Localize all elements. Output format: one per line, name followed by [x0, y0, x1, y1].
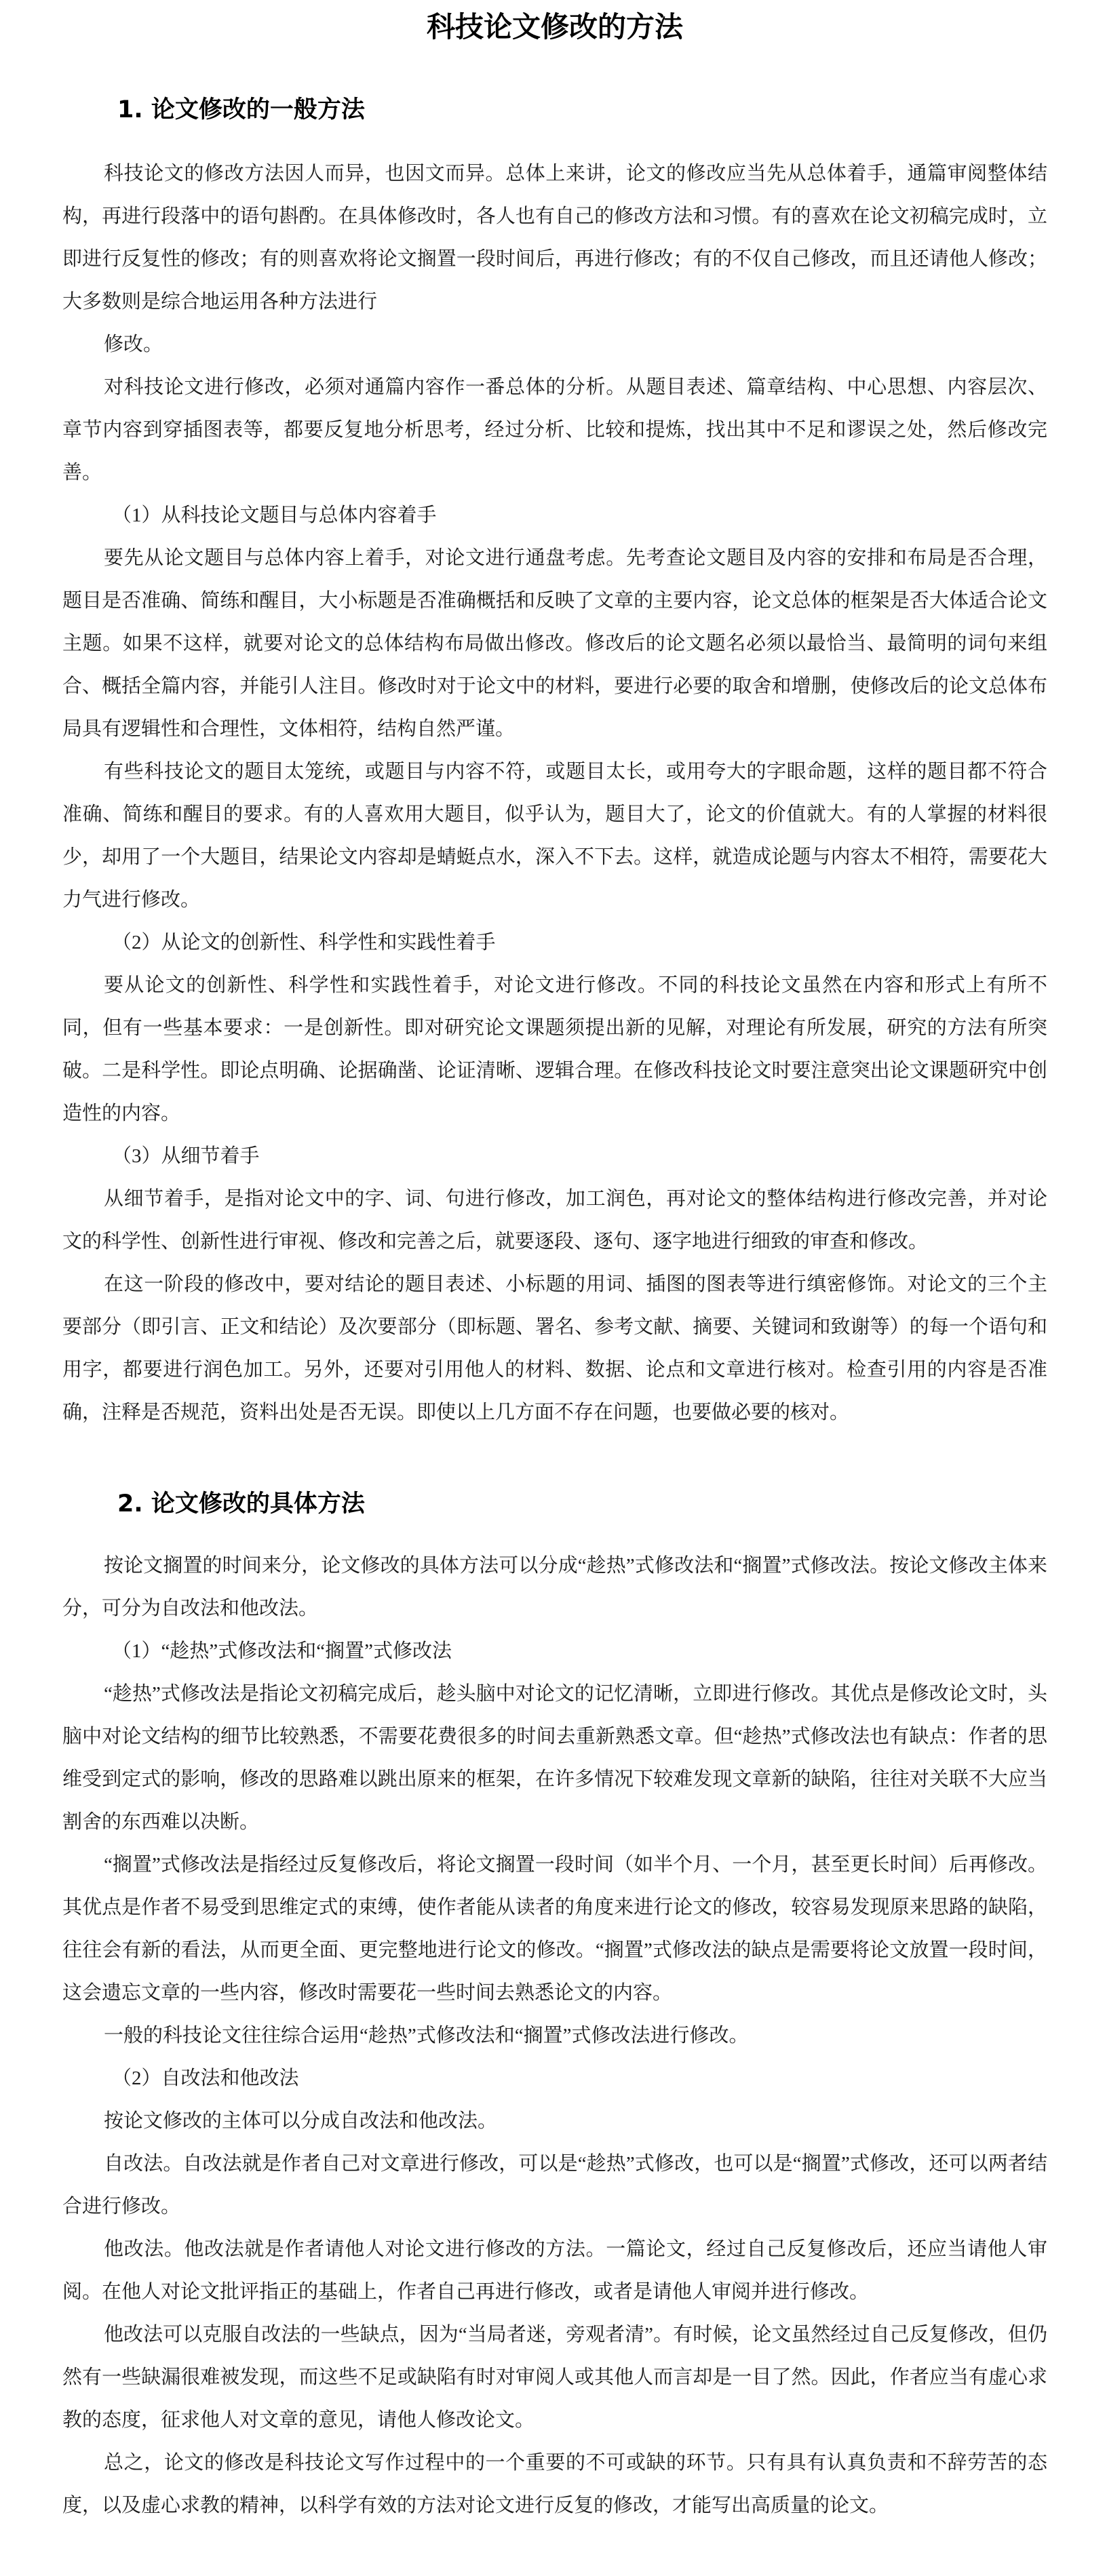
subheading: （3）从细节着手 — [62, 1135, 1047, 1178]
paragraph: 一般的科技论文往往综合运用“趁热”式修改法和“搁置”式修改法进行修改。 — [62, 2015, 1047, 2057]
paragraph: 他改法可以克服自改法的一些缺点，因为“当局者迷，旁观者清”。有时候，论文虽然经过… — [62, 2314, 1047, 2442]
section-general-methods: 1. 论文修改的一般方法 科技论文的修改方法因人而异，也因文而异。总体上来讲，论… — [62, 93, 1047, 1434]
paragraph: 要先从论文题目与总体内容上着手，对论文进行通盘考虑。先考查论文题目及内容的安排和… — [62, 537, 1047, 751]
paragraph: “趁热”式修改法是指论文初稿完成后，趁头脑中对论文的记忆清晰，立即进行修改。其优… — [62, 1673, 1047, 1844]
paragraph: 自改法。自改法就是作者自己对文章进行修改，可以是“趁热”式修改，也可以是“搁置”… — [62, 2143, 1047, 2228]
section-heading: 1. 论文修改的一般方法 — [62, 93, 1047, 127]
subheading: （1）从科技论文题目与总体内容着手 — [62, 494, 1047, 537]
paragraph: 他改法。他改法就是作者请他人对论文进行修改的方法。一篇论文，经过自己反复修改后，… — [62, 2228, 1047, 2314]
paragraph: 修改。 — [62, 323, 1047, 366]
paragraph: 科技论文的修改方法因人而异，也因文而异。总体上来讲，论文的修改应当先从总体着手，… — [62, 153, 1047, 323]
subheading: （2）自改法和他改法 — [62, 2057, 1047, 2100]
paragraph: 按论文搁置的时间来分，论文修改的具体方法可以分成“趁热”式修改法和“搁置”式修改… — [62, 1545, 1047, 1630]
section-specific-methods: 2. 论文修改的具体方法 按论文搁置的时间来分，论文修改的具体方法可以分成“趁热… — [62, 1487, 1047, 2527]
subheading: （2）从论文的创新性、科学性和实践性着手 — [62, 922, 1047, 964]
paragraph: 按论文修改的主体可以分成自改法和他改法。 — [62, 2100, 1047, 2143]
paragraph: 从细节着手，是指对论文中的字、词、句进行修改，加工润色，再对论文的整体结构进行修… — [62, 1178, 1047, 1263]
document-title: 科技论文修改的方法 — [62, 0, 1047, 47]
paragraph: 在这一阶段的修改中，要对结论的题目表述、小标题的用词、插图的图表等进行缜密修饰。… — [62, 1263, 1047, 1434]
paragraph: 总之，论文的修改是科技论文写作过程中的一个重要的不可或缺的环节。只有具有认真负责… — [62, 2442, 1047, 2527]
paragraph: 要从论文的创新性、科学性和实践性着手，对论文进行修改。不同的科技论文虽然在内容和… — [62, 964, 1047, 1135]
document-page: 科技论文修改的方法 1. 论文修改的一般方法 科技论文的修改方法因人而异，也因文… — [62, 0, 1047, 2527]
paragraph: 有些科技论文的题目太笼统，或题目与内容不符，或题目太长，或用夸大的字眼命题，这样… — [62, 751, 1047, 922]
subheading: （1）“趁热”式修改法和“搁置”式修改法 — [62, 1630, 1047, 1673]
paragraph: “搁置”式修改法是指经过反复修改后，将论文搁置一段时间（如半个月、一个月，甚至更… — [62, 1844, 1047, 2015]
paragraph: 对科技论文进行修改，必须对通篇内容作一番总体的分析。从题目表述、篇章结构、中心思… — [62, 366, 1047, 494]
section-heading: 2. 论文修改的具体方法 — [62, 1487, 1047, 1521]
